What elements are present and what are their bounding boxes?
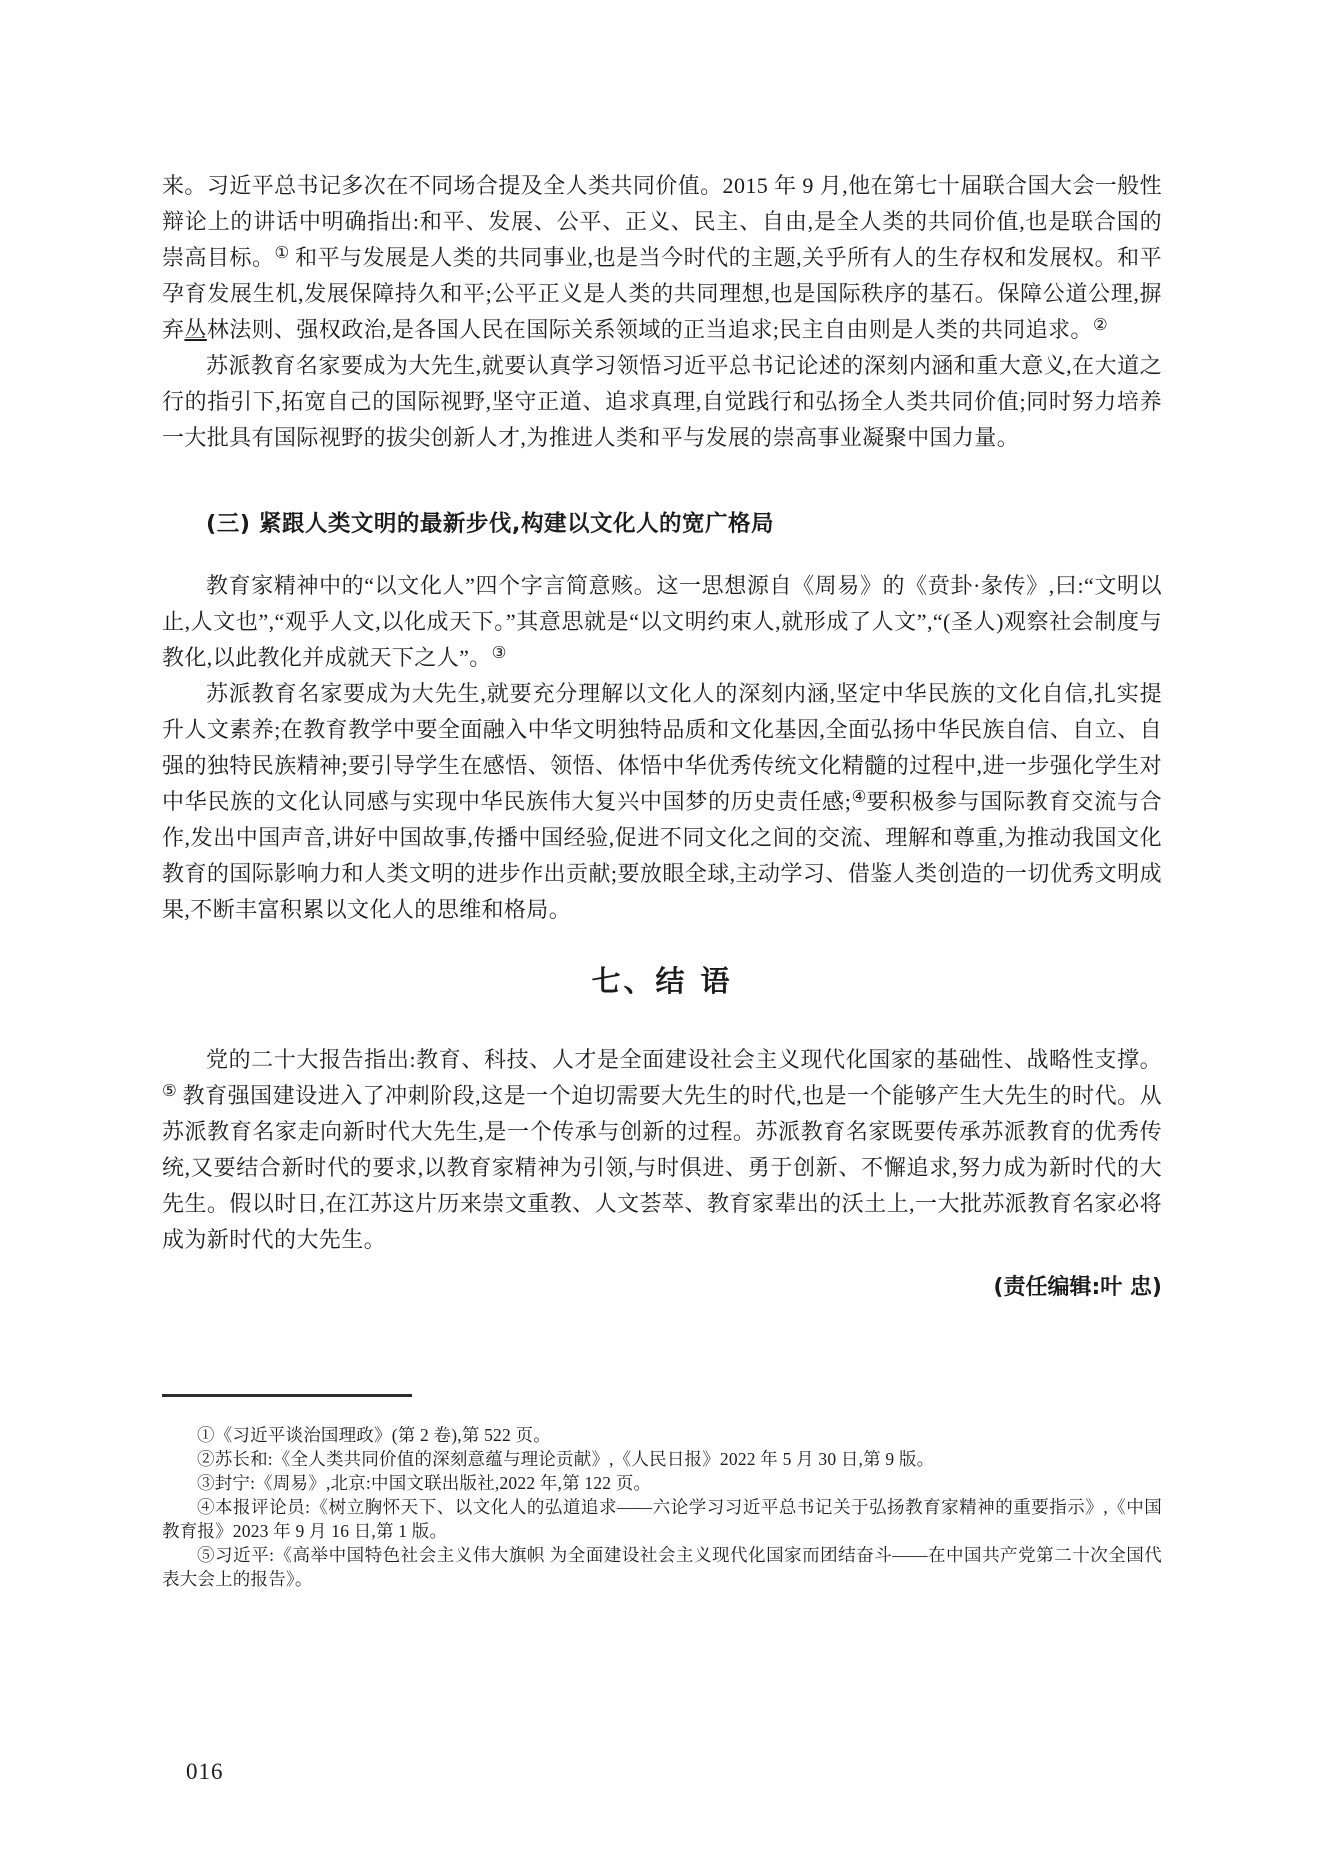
footnote-marker: ④: [851, 787, 866, 806]
body-paragraph: 苏派教育名家要成为大先生,就要充分理解以文化人的深刻内涵,坚定中华民族的文化自信…: [162, 676, 1162, 928]
footnote-item: ⑤习近平:《高举中国特色社会主义伟大旗帜 为全面建设社会主义现代化国家而团结奋斗…: [162, 1543, 1162, 1591]
body-paragraph: 党的二十大报告指出:教育、科技、人才是全面建设社会主义现代化国家的基础性、战略性…: [162, 1042, 1162, 1258]
editor-credit: (责任编辑:叶 忠): [162, 1270, 1162, 1306]
journal-page: 来。习近平总书记多次在不同场合提及全人类共同价值。2015 年 9 月,他在第七…: [0, 0, 1323, 1871]
footnote-marker: ⑤: [162, 1081, 177, 1100]
page-number: 016: [186, 1758, 224, 1786]
body-paragraph-continued: 来。习近平总书记多次在不同场合提及全人类共同价值。2015 年 9 月,他在第七…: [162, 168, 1162, 348]
footnote-item: ③封宁:《周易》,北京:中国文联出版社,2022 年,第 122 页。: [162, 1471, 1162, 1495]
footnotes-block: ①《习近平谈治国理政》(第 2 卷),第 522 页。 ②苏长和:《全人类共同价…: [162, 1394, 1162, 1591]
footnote-marker: ③: [492, 643, 507, 662]
footnote-item: ①《习近平谈治国理政》(第 2 卷),第 522 页。: [162, 1423, 1162, 1447]
body-paragraph: 教育家精神中的“以文化人”四个字言简意赅。这一思想源自《周易》的《贲卦·彖传》,…: [162, 568, 1162, 676]
footnote-divider: [162, 1394, 412, 1397]
section-heading: 七、结 语: [162, 960, 1162, 1002]
body-paragraph: 苏派教育名家要成为大先生,就要认真学习领悟习近平总书记论述的深刻内涵和重大意义,…: [162, 348, 1162, 456]
footnote-item: ②苏长和:《全人类共同价值的深刻意蕴与理论贡献》,《人民日报》2022 年 5 …: [162, 1447, 1162, 1471]
footnote-marker: ①: [275, 243, 290, 262]
subsection-heading: (三) 紧跟人类文明的最新步伐,构建以文化人的宽广格局: [162, 506, 1162, 542]
footnote-marker: ②: [1093, 315, 1108, 334]
underlined-text: 丛: [184, 317, 206, 342]
article-body: 来。习近平总书记多次在不同场合提及全人类共同价值。2015 年 9 月,他在第七…: [162, 168, 1162, 1591]
footnote-item: ④本报评论员:《树立胸怀天下、以文化人的弘道追求——六论学习习近平总书记关于弘扬…: [162, 1495, 1162, 1543]
